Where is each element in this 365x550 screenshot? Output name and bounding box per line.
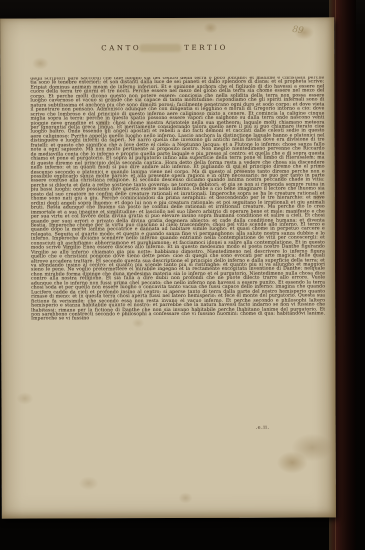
quire-signature: .e.ii. <box>256 425 270 431</box>
header-canto: CANTO <box>101 44 141 52</box>
scanned-page-photo: CANTO TERTIO 89 degli scriptori pare sac… <box>0 0 365 550</box>
folio-number: 89 <box>292 25 305 36</box>
body-text: degli scriptori pare saccordi che tale l… <box>30 76 325 423</box>
book-page: CANTO TERTIO 89 degli scriptori pare sac… <box>0 17 336 518</box>
ink-offset-smudge <box>139 44 181 52</box>
header-tertio: TERTIO <box>184 44 228 52</box>
